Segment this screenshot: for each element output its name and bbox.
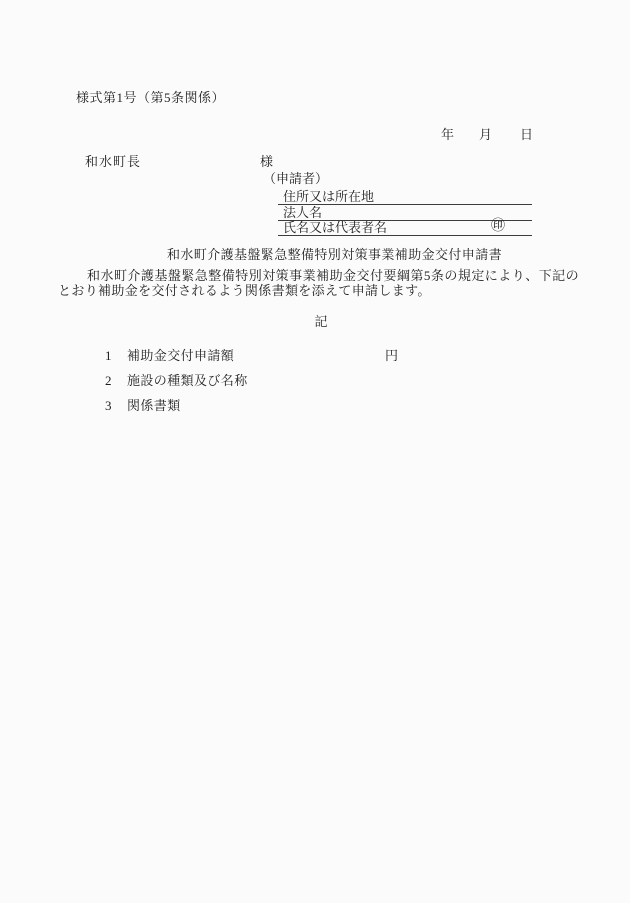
list-header: 記 [0,314,630,330]
list-item-number: 1 [105,348,112,364]
address-field: 住所又は所在地 [278,189,532,205]
body-paragraph: 和水町介護基盤緊急整備特別対策事業補助金交付要綱第5条の規定により、下記のとおり… [58,269,579,298]
list-item-facility-type: 2 施設の種類及び名称 [0,373,630,389]
list-item-label: 関係書類 [127,398,181,414]
representative-name-field: 氏名又は代表者名 ㊞ [278,220,532,236]
date-year-label: 年 [441,127,454,143]
currency-unit-label: 円 [385,348,398,364]
document-page: 様式第1号（第5条関係） 年 月 日 和水町長 様 （申請者） 住所又は所在地 … [0,0,630,903]
list-item-label: 補助金交付申請額 [127,348,234,364]
list-item-label: 施設の種類及び名称 [127,373,248,389]
applicant-section-label: （申請者） [263,171,328,187]
date-day-label: 日 [520,127,533,143]
date-month-label: 月 [479,127,492,143]
list-item-number: 2 [105,373,112,389]
representative-name-field-label: 氏名又は代表者名 [283,221,387,235]
corporate-name-field-label: 法人名 [283,206,322,220]
addressee-honorific: 様 [260,154,273,170]
list-item-related-documents: 3 関係書類 [0,398,630,414]
address-field-label: 住所又は所在地 [283,190,374,204]
seal-mark-icon: ㊞ [491,219,505,234]
date-line: 年 月 日 [0,127,630,143]
document-title: 和水町介護基盤緊急整備特別対策事業補助金交付申請書 [167,247,502,263]
list-item-application-amount: 1 補助金交付申請額 円 [0,348,630,364]
form-number: 様式第1号（第5条関係） [76,90,225,106]
addressee-name: 和水町長 [85,154,141,170]
addressee-line: 和水町長 様 [0,154,630,170]
list-item-number: 3 [105,398,112,414]
